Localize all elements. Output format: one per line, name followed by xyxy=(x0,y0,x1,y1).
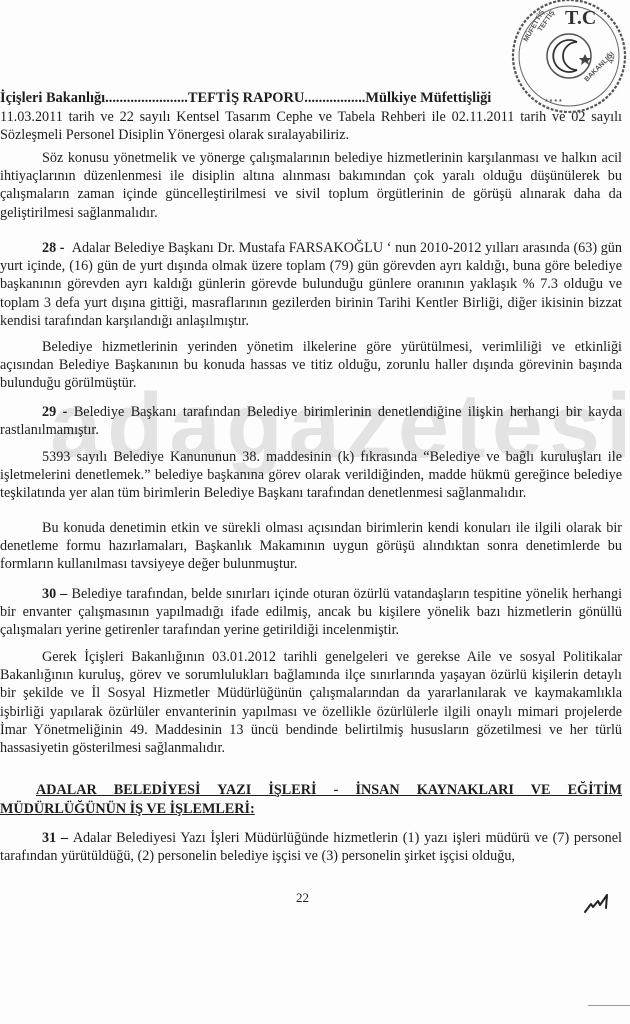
paragraph: Gerek İçişleri Bakanlığının 03.01.2012 t… xyxy=(0,648,622,757)
item-number: 31 – xyxy=(42,830,68,846)
paragraph-text: Adalar Belediyesi Yazı İşleri Müdürlüğün… xyxy=(0,830,622,864)
paragraph-text: Belediye tarafından, belde sınırları içi… xyxy=(0,586,622,638)
official-seal-icon: T.C 42 MÜFETTİŞ TEFTİŞ BAKANLIĞI * * * * xyxy=(505,0,630,120)
section-heading-text: ADALAR BELEDİYESİ YAZI İŞLERİ - İNSAN KA… xyxy=(0,782,622,817)
signature-icon xyxy=(583,890,615,916)
paragraph: Belediye hizmetlerinin yerinden yönetim … xyxy=(0,338,622,393)
document-page: adagazetesi İçişleri Bakanlığı..........… xyxy=(0,0,630,1024)
item-number: 29 - xyxy=(42,404,67,420)
paragraph-28: 28 - Adalar Belediye Başkanı Dr. Mustafa… xyxy=(0,239,622,330)
svg-text:BAKANLIĞI: BAKANLIĞI xyxy=(582,50,616,84)
paragraph: Bu konuda denetimin etkin ve sürekli olm… xyxy=(0,519,622,574)
svg-text:T.C: T.C xyxy=(565,7,596,29)
section-heading: ADALAR BELEDİYESİ YAZI İŞLERİ - İNSAN KA… xyxy=(0,781,622,818)
svg-text:* * * *: * * * * xyxy=(545,99,562,106)
paragraph-text: Belediye Başkanı tarafından Belediye bir… xyxy=(0,404,622,438)
paragraph: Söz konusu yönetmelik ve yönerge çalışma… xyxy=(0,149,622,222)
paragraph-text: Bu konuda denetimin etkin ve sürekli olm… xyxy=(0,520,622,572)
page-header: İçişleri Bakanlığı......................… xyxy=(0,90,560,107)
paragraph-text: Belediye hizmetlerinin yerinden yönetim … xyxy=(0,339,622,391)
page-number: 22 xyxy=(296,890,309,906)
item-number: 28 - xyxy=(42,240,65,256)
paragraph-text: Adalar Belediye Başkanı Dr. Mustafa FARS… xyxy=(0,240,622,329)
paragraph-text: 5393 sayılı Belediye Kanununun 38. madde… xyxy=(0,449,622,501)
paragraph-text: Söz konusu yönetmelik ve yönerge çalışma… xyxy=(0,150,622,221)
scan-edge-line xyxy=(588,1005,630,1006)
paragraph-31: 31 – Adalar Belediyesi Yazı İşleri Müdür… xyxy=(0,829,622,865)
paragraph-text: Gerek İçişleri Bakanlığının 03.01.2012 t… xyxy=(0,649,622,756)
paragraph-30: 30 – Belediye tarafından, belde sınırlar… xyxy=(0,585,622,640)
paragraph-29: 29 - Belediye Başkanı tarafından Belediy… xyxy=(0,403,622,439)
item-number: 30 – xyxy=(42,586,67,602)
paragraph: 5393 sayılı Belediye Kanununun 38. madde… xyxy=(0,448,622,503)
